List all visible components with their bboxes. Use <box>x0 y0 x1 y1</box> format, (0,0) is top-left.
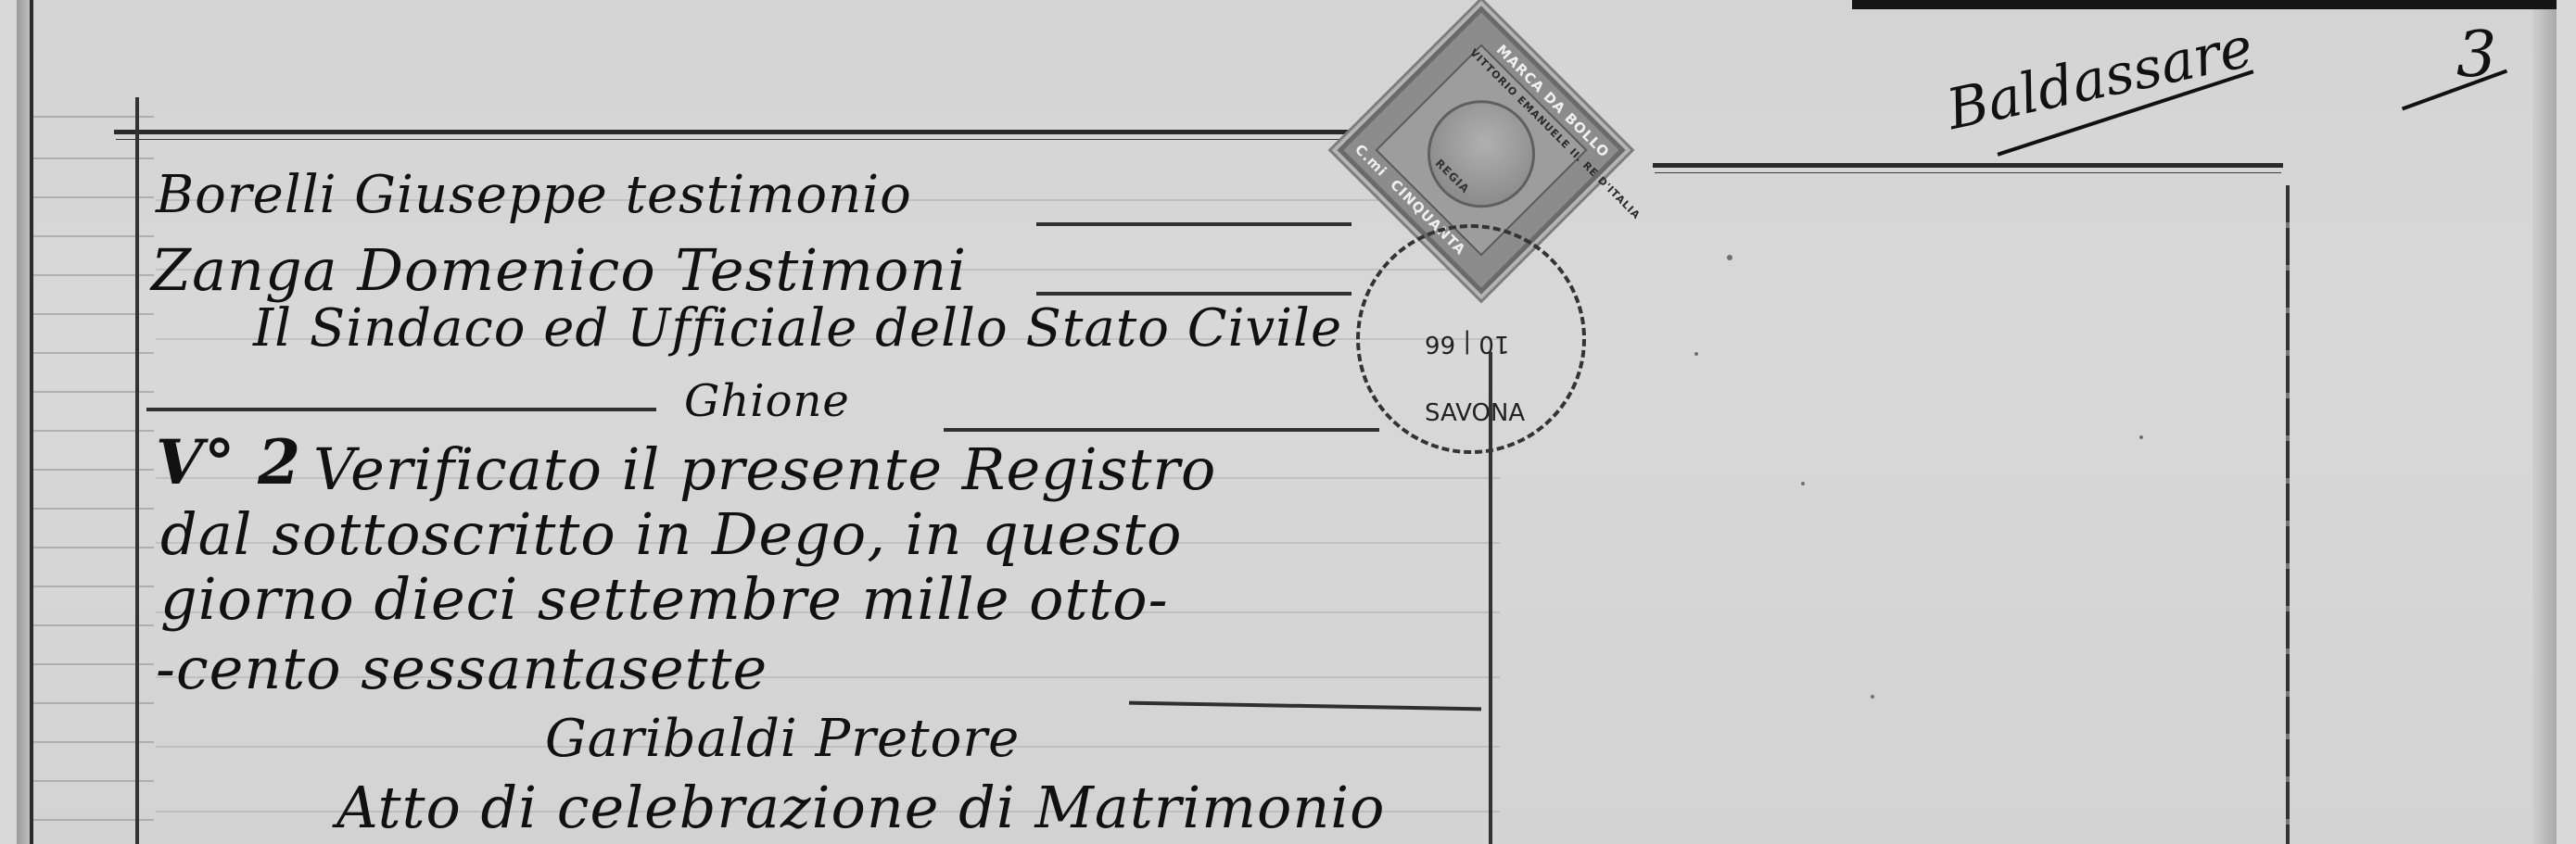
filler-line <box>1036 292 1351 296</box>
paper-speck <box>1871 695 1874 699</box>
postmark-date: 10 | 66 <box>1425 330 1509 358</box>
scan-border <box>1852 0 2557 9</box>
pretore-signature: Garibaldi Pretore <box>545 709 1020 769</box>
filler-line <box>944 428 1379 432</box>
frame-top-line-right <box>1653 163 2283 168</box>
paper-speck <box>1727 255 1732 260</box>
next-act-title: Atto di celebrazione di Matrimonio <box>336 774 1385 841</box>
paper-speck <box>1694 352 1698 356</box>
filler-line <box>146 408 656 411</box>
official-signature: Ghione <box>684 375 850 427</box>
witness-2-line: Zanga Domenico Testimoni <box>151 236 967 304</box>
page-edge-shadow <box>2532 0 2557 844</box>
frame-top-line-left <box>114 130 1361 134</box>
verification-line-4: -cento sessantasette <box>156 635 768 702</box>
official-title-line: Il Sindaco ed Ufficiale dello Stato Civi… <box>253 298 1342 359</box>
savona-postmark: 10 | 66 SAVONA <box>1356 224 1586 454</box>
paper-speck <box>2139 435 2143 439</box>
witness-1-line: Borelli Giuseppe testimonio <box>156 165 912 225</box>
postmark-city: SAVONA <box>1425 399 1525 427</box>
verification-line-2: dal sottoscritto in Dego, in questo <box>160 500 1183 568</box>
register-page: Borelli Giuseppe testimonio Zanga Domeni… <box>17 0 2557 844</box>
verification-line-1: Verificato il presente Registro <box>313 435 1216 503</box>
verification-line-3: giorno dieci settembre mille otto- <box>160 565 1169 633</box>
filler-line <box>1129 701 1481 712</box>
frame-right-line <box>2286 185 2290 844</box>
paper-speck <box>1801 482 1805 485</box>
binding-edge-line <box>30 0 33 844</box>
filler-line <box>1036 222 1351 226</box>
frame-left-line <box>135 97 139 844</box>
top-signature: Baldassare <box>1941 15 2258 143</box>
verification-mark: V° 2 <box>156 426 301 498</box>
